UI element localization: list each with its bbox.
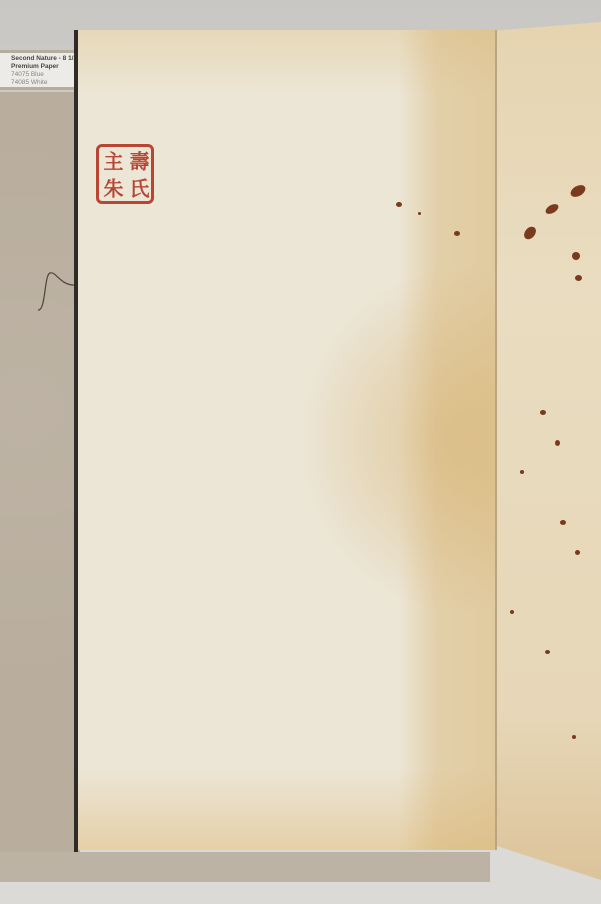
water-stain	[398, 30, 496, 850]
paper-stock-label: Second Nature - 8 1/2 Premium Paper 7407…	[0, 50, 76, 90]
facing-page	[496, 22, 601, 880]
label-row: 74085 White	[11, 79, 76, 87]
seal-char: 朱	[102, 178, 122, 198]
seal-char: 主	[102, 151, 122, 171]
page-fold	[495, 30, 497, 850]
label-row: 74075 Blue	[11, 71, 76, 79]
seal-char: 壽	[128, 151, 148, 171]
label-subtitle: Premium Paper	[11, 63, 76, 71]
grey-card-bottom-edge	[0, 852, 490, 882]
seal-char: 氏	[128, 178, 148, 198]
thread-wire	[36, 265, 76, 315]
grey-card-backing	[0, 92, 80, 882]
label-title: Second Nature - 8 1/2	[11, 55, 76, 63]
red-seal-stamp: 主 壽 朱 氏	[96, 144, 154, 204]
